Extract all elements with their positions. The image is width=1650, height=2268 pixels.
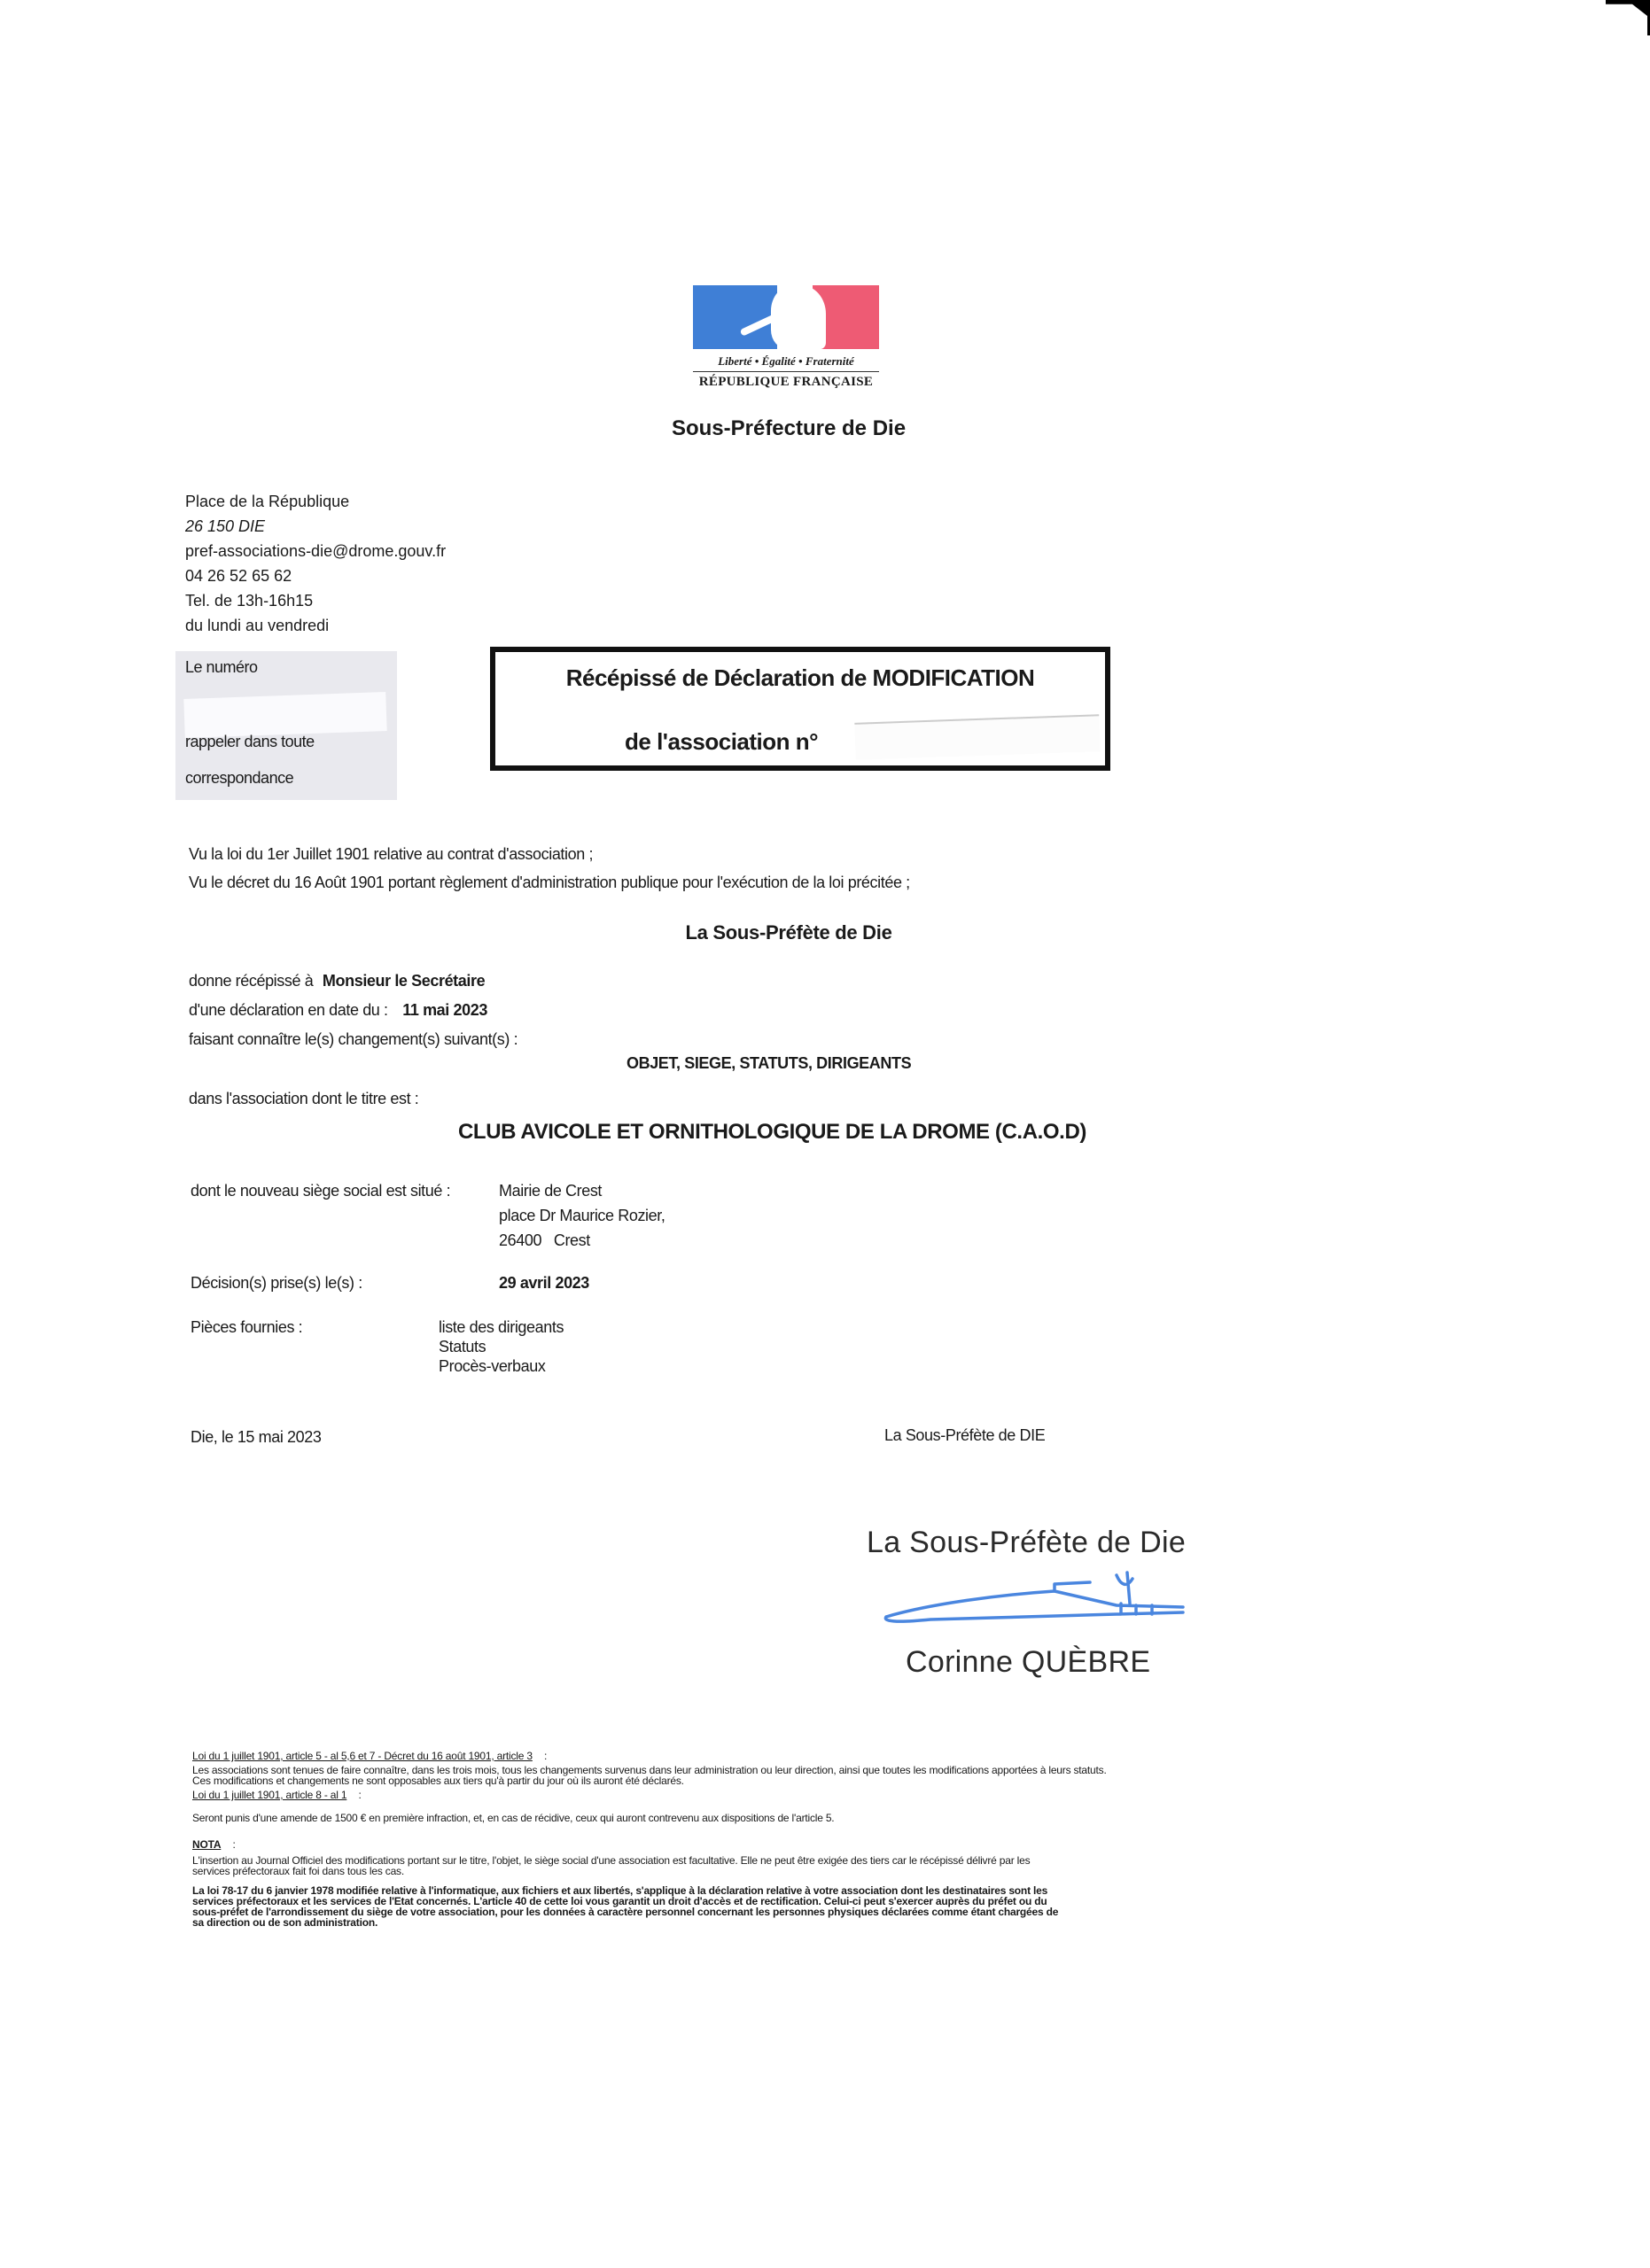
legal-text-2: Seront punis d'une amende de 1500 € en p… [192, 1813, 834, 1824]
title-label: dans l'association dont le titre est : [189, 1090, 418, 1108]
redacted-number [183, 692, 386, 738]
contact-email[interactable]: pref-associations-die@drome.gouv.fr [185, 539, 446, 563]
association-title: CLUB AVICOLE ET ORNITHOLOGIQUE DE LA DRO… [458, 1120, 1086, 1145]
seat-line-2: place Dr Maurice Rozier, [499, 1207, 665, 1225]
signer-title: La Sous-Préfète de DIE [884, 1426, 1045, 1445]
legal-text-1b: Ces modifications et changements ne sont… [192, 1775, 684, 1787]
declaration-line: d'une déclaration en date du : 11 mai 20… [189, 1001, 487, 1020]
nota-text-2: services préfectoraux fait foi dans tous… [192, 1866, 404, 1877]
decision-label: Décision(s) prise(s) le(s) : [191, 1274, 362, 1293]
receipt-recipient: Monsieur le Secrétaire [323, 972, 485, 990]
legal-reference-2: Loi du 1 juillet 1901, article 8 - al 1 … [192, 1790, 362, 1801]
authority-heading: La Sous-Préfète de Die [0, 921, 1577, 944]
receipt-line: donne récépissé à Monsieur le Secrétaire [189, 972, 485, 990]
contact-hours: Tel. de 13h-16h15 [185, 588, 446, 613]
organization-title: Sous-Préfecture de Die [0, 416, 1577, 441]
republic-name: RÉPUBLIQUE FRANÇAISE [693, 375, 879, 390]
contact-block: Place de la République 26 150 DIE pref-a… [185, 489, 446, 638]
number-instruction-1: rappeler dans toute [185, 733, 315, 751]
association-number-label: de l'association n° [625, 728, 818, 756]
nota-heading: NOTA : [192, 1839, 236, 1851]
legal-reference-2-text: Loi du 1 juillet 1901, article 8 - al 1 [192, 1789, 346, 1801]
preamble-decree: Vu le décret du 16 Août 1901 portant règ… [189, 874, 910, 892]
stamp-title: La Sous-Préfète de Die [867, 1526, 1186, 1560]
document-item: liste des dirigeants [439, 1318, 564, 1337]
legal-reference-1: Loi du 1 juillet 1901, article 5 - al 5,… [192, 1751, 547, 1762]
receipt-title: Récépissé de Déclaration de MODIFICATION [495, 664, 1105, 692]
preamble-law: Vu la loi du 1er Juillet 1901 relative a… [189, 845, 593, 864]
declaration-label: d'une déclaration en date du : [189, 1001, 388, 1019]
republic-motto: Liberté • Égalité • Fraternité [693, 354, 879, 372]
decision-date: 29 avril 2023 [499, 1274, 589, 1293]
stamp-name: Corinne QUÈBRE [906, 1645, 1150, 1680]
seat-label: dont le nouveau siège social est situé : [191, 1182, 450, 1200]
document-item: Procès-verbaux [439, 1357, 545, 1376]
receipt-title-box: Récépissé de Déclaration de MODIFICATION… [490, 647, 1110, 771]
redacted-association-number [854, 714, 1100, 760]
scan-corner-mark [1606, 0, 1650, 35]
handwritten-signature-icon [877, 1568, 1214, 1630]
number-label: Le numéro [185, 658, 258, 677]
declaration-date: 11 mai 2023 [402, 1001, 487, 1019]
seat-line-3: 26400 Crest [499, 1231, 590, 1250]
contact-street: Place de la République [185, 489, 446, 514]
changes-label: faisant connaître le(s) changement(s) su… [189, 1030, 518, 1049]
marianne-logo: Liberté • Égalité • Fraternité RÉPUBLIQU… [693, 285, 879, 390]
contact-city: 26 150 DIE [185, 514, 446, 539]
receipt-label: donne récépissé à [189, 972, 313, 990]
number-instruction-2: correspondance [185, 769, 293, 788]
legal-reference-1-text: Loi du 1 juillet 1901, article 5 - al 5,… [192, 1750, 533, 1762]
place-date: Die, le 15 mai 2023 [191, 1428, 322, 1447]
contact-days: du lundi au vendredi [185, 613, 446, 638]
reference-number-box: Le numéro rappeler dans toute correspond… [175, 651, 397, 800]
documents-label: Pièces fournies : [191, 1318, 302, 1337]
changes-list: OBJET, SIEGE, STATUTS, DIRIGEANTS [627, 1054, 911, 1073]
contact-phone: 04 26 52 65 62 [185, 563, 446, 588]
document-item: Statuts [439, 1338, 486, 1356]
seat-line-1: Mairie de Crest [499, 1182, 602, 1200]
marianne-flag-icon [693, 285, 879, 349]
data-protection-text-4: sa direction ou de son administration. [192, 1917, 377, 1929]
